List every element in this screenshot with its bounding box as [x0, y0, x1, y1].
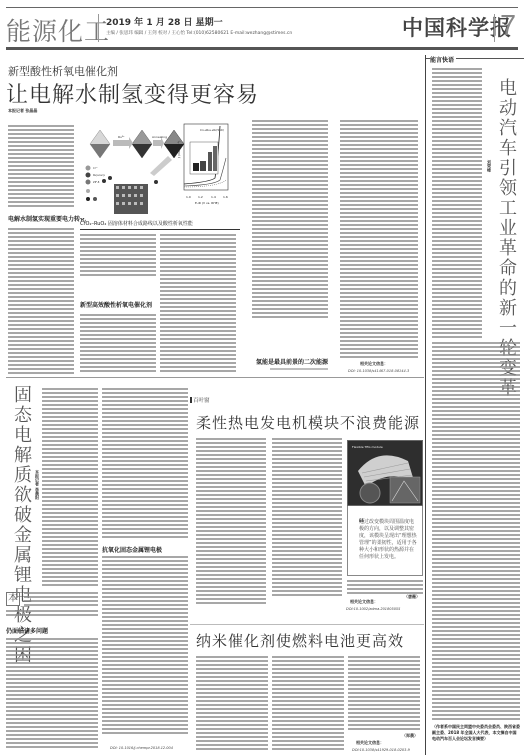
fourth-editor: （郑晨）: [402, 733, 418, 739]
lead-body-col4b: [270, 368, 328, 372]
svg-text:Annealing: Annealing: [152, 135, 167, 139]
fourth-body-col1: [196, 656, 268, 750]
svg-text:1.0: 1.0: [186, 195, 191, 199]
svg-text:ZIF-8: ZIF-8: [93, 180, 100, 184]
second-body-col2b: [102, 556, 188, 736]
lead-body-col2a: [80, 234, 156, 278]
column-tag: 百叶窗: [193, 396, 210, 404]
svg-text:Cr₀.₆Ru₀.₄O₂(550): Cr₀.₆Ru₀.₄O₂(550): [200, 128, 224, 132]
sidebar-byline: 刘荣峰: [486, 160, 492, 172]
second-body-col2a: [102, 388, 188, 538]
second-doi: DOI: 10.1016/j.chempr.2018.12.004: [110, 746, 173, 750]
fourth-body-col2: [272, 656, 344, 750]
editor-credits: 主编 / 张思玮 编辑 / 王剑 校对 / 王心怡 Tel:(010)62580…: [106, 30, 292, 36]
figure-graphic: Ru³⁺ Annealing Cr³⁺ Ru(acac)₃ ZIF-8 Cr₀.…: [80, 118, 230, 218]
svg-text:1.2: 1.2: [198, 195, 203, 199]
issue-date: 2019 年 1 月 28 日 星期一: [106, 15, 223, 28]
sidebar-footer-note: （作者系中国民主同盟中央委员会委员、陕西省委副主委、2018 年全国人大代表，本…: [432, 724, 520, 742]
sidebar-divider: [425, 55, 426, 755]
lead-body-col2b: [80, 314, 156, 374]
lead-body-col1b: [8, 228, 74, 374]
svg-text:1.6: 1.6: [223, 195, 228, 199]
lead-kicker: 新型酸性析氧电催化剂: [8, 63, 118, 79]
lead-figure: Ru³⁺ Annealing Cr³⁺ Ru(acac)₃ ZIF-8 Cr₀.…: [80, 118, 230, 218]
fourth-doi: DOI:10.1038/s41929-018-0203-9: [352, 748, 410, 752]
section-divider: [6, 377, 424, 378]
teg-photo-graphic: Flexible TEG module: [348, 441, 423, 506]
third-editor: （唐薇）: [404, 594, 420, 600]
masthead-rule: [6, 47, 518, 50]
teg-module-photo: Flexible TEG module: [347, 440, 423, 506]
lead-body-col3: [160, 234, 236, 374]
section-name: 能源化工: [6, 12, 110, 48]
sidebar-body-top: [432, 68, 482, 338]
fourth-body-col3: [348, 656, 420, 732]
svg-text:Ru³⁺: Ru³⁺: [118, 135, 125, 139]
lead-byline: 本报记者 张晶晶: [8, 108, 37, 114]
second-subhead-1: 抗氧化固态金属锂电极: [102, 545, 162, 554]
lead-subhead-3: 氢能是最具前景的二次能源: [256, 357, 328, 366]
third-source-note: 相关论文信息：: [350, 599, 378, 605]
fourth-headline: 纳米催化剂使燃料电池更高效: [196, 630, 404, 651]
third-body-col2: [272, 438, 342, 598]
tag-marker: [190, 397, 192, 403]
lead-body-col4: [252, 120, 328, 320]
second-body-col1b: [24, 592, 98, 608]
svg-text:Flexible TEG module: Flexible TEG module: [352, 445, 383, 449]
second-article-title: 固态电解质欲破金属锂电极之困: [6, 385, 32, 665]
fourth-source-note: 相关论文信息：: [356, 740, 384, 746]
svg-text:1.4: 1.4: [211, 195, 216, 199]
lead-body-col5: [340, 120, 418, 358]
lead-subhead-1: 电解水制氢实现重要电力转化: [8, 214, 86, 223]
lead-headline: 让电解水制氢变得更容易: [6, 78, 259, 109]
lead-doi: DOI: 10.1038/s41467-018-08144-3: [348, 369, 409, 373]
second-article-byline: 本报记者 李晨阳: [34, 470, 40, 499]
top-rule: [6, 7, 518, 8]
second-body-col1d: [6, 638, 98, 750]
pull-quote: 通过改变模块周围温度电极的方向，以及调整其密度，该模块呈现出“理想热管理”的柔韧…: [359, 519, 417, 561]
third-body-col1: [196, 438, 266, 606]
svg-text:Ru(acac)₃: Ru(acac)₃: [93, 173, 105, 177]
lead-body-col1a: [8, 125, 74, 207]
figure-caption-rule: [80, 229, 240, 230]
masthead-divider: [98, 14, 99, 42]
second-body-col1c: [6, 610, 98, 618]
page-number: 7: [500, 10, 516, 43]
svg-text:Cr³⁺: Cr³⁺: [93, 166, 99, 170]
fourth-article-rule: [190, 624, 424, 625]
second-body-col1a: [42, 388, 98, 588]
second-subhead-2: 仍面临诸多问题: [6, 626, 48, 635]
dropcap: 本: [6, 592, 20, 606]
lead-source-note: 相关论文信息：: [360, 361, 388, 367]
third-headline: 柔性热电发电机模块不浪费能源: [196, 412, 420, 433]
sidebar-label: 能言快语: [430, 55, 456, 64]
svg-text:E-iR (V vs. RHE): E-iR (V vs. RHE): [195, 201, 219, 205]
svg-text:J (mA cm⁻²): J (mA cm⁻²): [177, 141, 181, 159]
newspaper-logo: 中国科学报: [402, 12, 512, 42]
lead-subhead-2: 新型高效酸性析氧电催化剂: [80, 300, 152, 309]
third-doi: DOI:10.1002/adma.201805055: [346, 607, 400, 611]
figure-caption: CrO₂–RuO₂ 固溶体材料合成路线以及酸性析氧性能: [80, 220, 193, 227]
sidebar-body-bottom: [432, 342, 520, 722]
masthead-divider-right: [494, 14, 495, 42]
